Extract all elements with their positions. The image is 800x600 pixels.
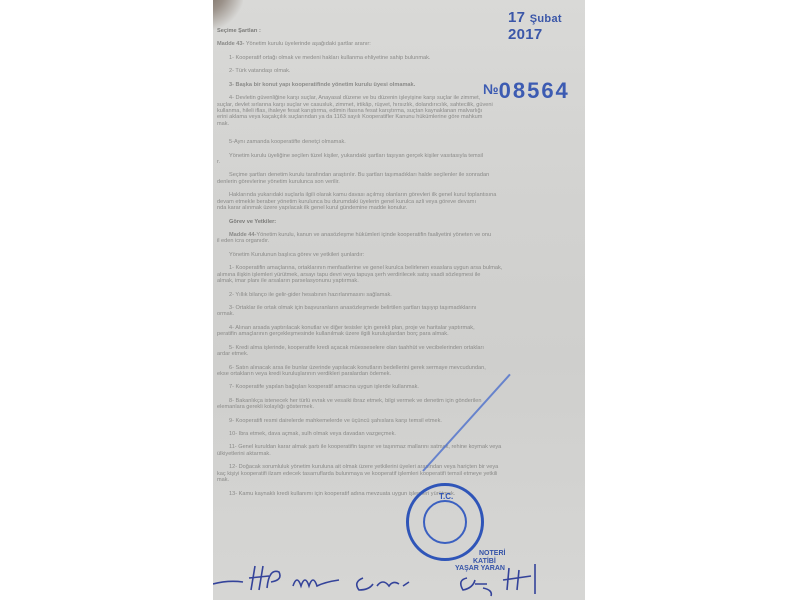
seal-initials: T.C. [439, 492, 453, 501]
duty: 13- Kamu kaynaklı kredi kullanımı için k… [217, 491, 579, 497]
signatures [213, 560, 585, 600]
notary-title: NOTERİ [445, 550, 505, 558]
signature-5 [503, 564, 535, 594]
article-text: Yönetim kurulu üyelerinde aşağıdaki şart… [246, 41, 371, 47]
article-label: Madde 44- [229, 232, 256, 238]
document-photo: 17 Şubat 2017 №08564 Seçime Şartları : M… [213, 0, 585, 600]
page-corner-shadow [213, 0, 243, 30]
date-day: 17 [508, 9, 525, 26]
signature-3 [357, 578, 409, 590]
signature-1 [213, 566, 280, 590]
article-label: Madde 43- [217, 41, 244, 47]
signature-4 [461, 578, 492, 596]
article-text: Yönetim kurulu, kanun ve anasözleşme hük… [256, 232, 491, 238]
signature-2 [293, 580, 339, 586]
date-month: Şubat [530, 13, 562, 25]
document-body: Seçime Şartları : Madde 43- Yönetim kuru… [217, 28, 579, 497]
